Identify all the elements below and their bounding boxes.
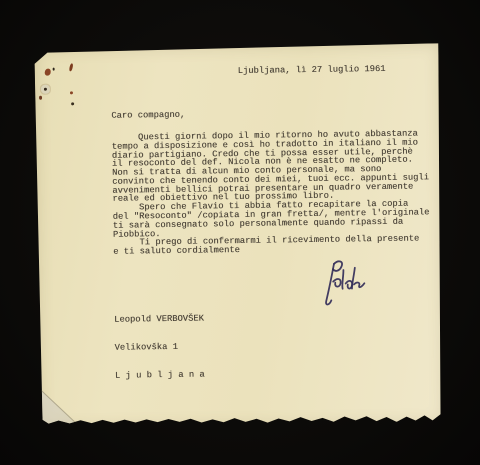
scan-background: { "colors": { "background": "#0b0a08", "… — [0, 0, 480, 465]
letter-body: Questi giorni dopo il mio ritorno ho avu… — [112, 129, 430, 256]
rust-speck — [39, 96, 42, 100]
sender-name: Leopold VERBOVŠEK — [114, 315, 204, 325]
rust-speck — [70, 91, 73, 94]
salutation: Caro compagno, — [111, 110, 185, 121]
dateline: Ljubljana, lì 27 luglio 1961 — [238, 64, 386, 76]
rust-streak — [69, 63, 74, 71]
sender-address: Leopold VERBOVŠEK Velikovška 1 L j u b l… — [114, 297, 205, 399]
staple-hole — [44, 88, 47, 91]
letter-paper: Ljubljana, lì 27 luglio 1961 Caro compag… — [33, 42, 445, 430]
signature-handwriting — [319, 257, 372, 310]
sender-street: Velikovška 1 — [114, 343, 204, 353]
ink-speck — [71, 102, 74, 105]
ink-speck — [53, 68, 55, 71]
rust-stain — [45, 69, 51, 76]
sender-city: L j u b l j a n a — [115, 370, 205, 380]
scan-stage: Ljubljana, lì 27 luglio 1961 Caro compag… — [0, 0, 480, 465]
